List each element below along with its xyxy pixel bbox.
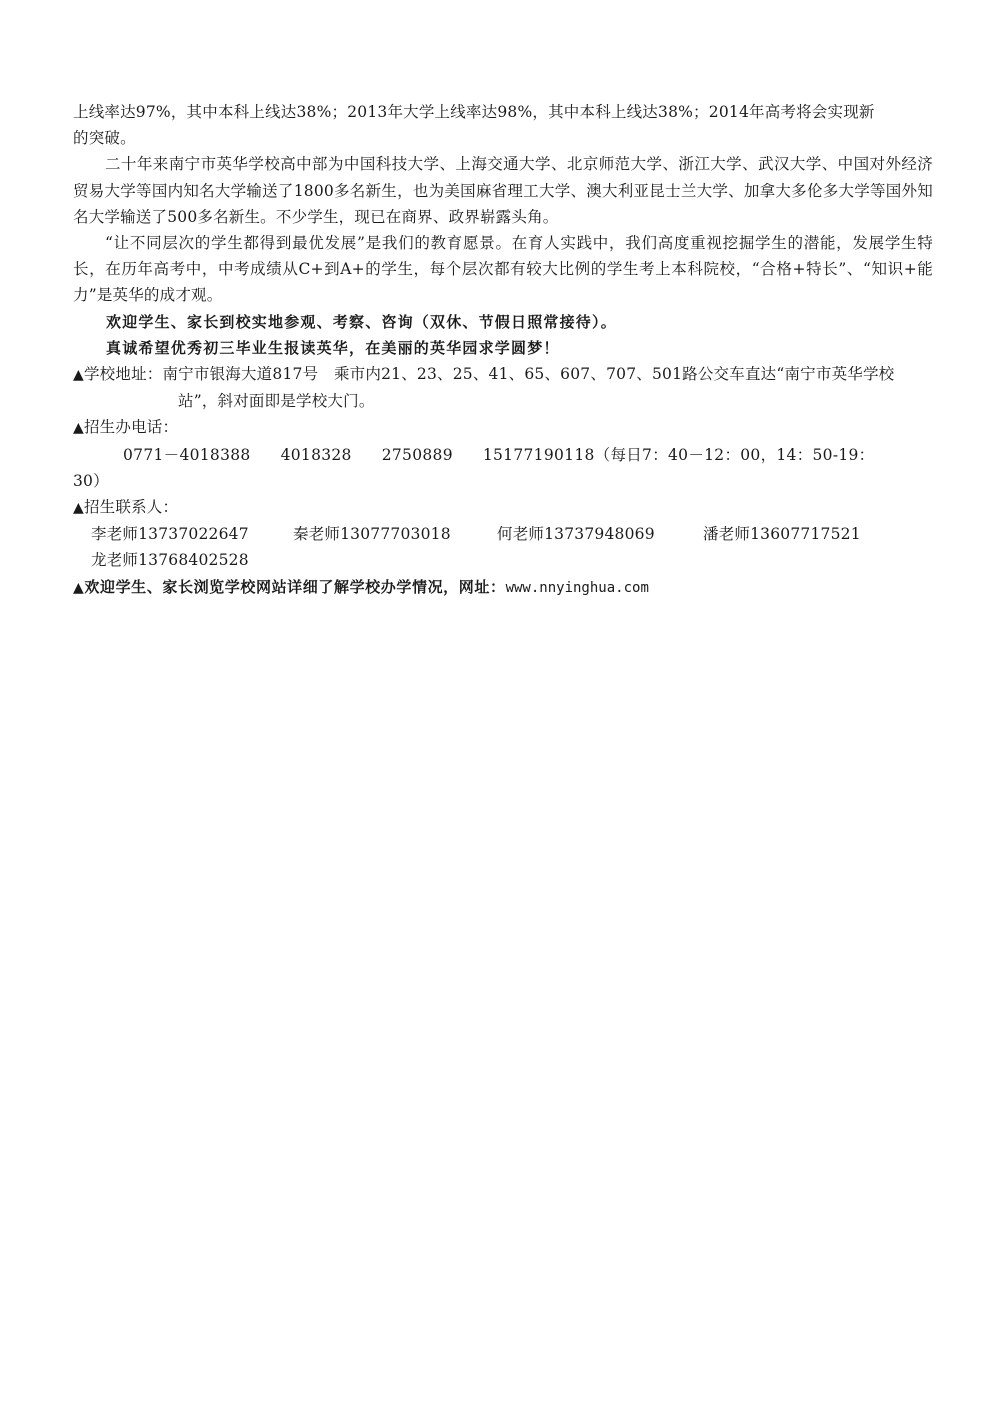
contact-name: 李老师	[91, 525, 138, 543]
paragraph-universities: 二十年来南宁市英华学校高中部为中国科技大学、上海交通大学、北京师范大学、浙江大学…	[73, 151, 933, 230]
paragraph-vision: “让不同层次的学生都得到最优发展”是我们的教育愿景。在育人实践中，我们高度重视挖…	[73, 230, 933, 309]
welcome-enroll-text: 真诚希望优秀初三毕业生报读英华，在美丽的英华园求学圆梦！	[73, 335, 933, 361]
triangle-bullet-icon: ▲	[73, 495, 84, 521]
phone-number: 0771－4018388	[123, 442, 251, 468]
phone-section: ▲招生办电话：	[73, 414, 933, 441]
contacts-row-1: 李老师13737022647秦老师13077703018何老师137379480…	[73, 521, 933, 547]
phone-label: 招生办电话：	[84, 418, 178, 436]
intro-line-1: 上线率达97%，其中本科上线达38%；2013年大学上线率达98%，其中本科上线…	[73, 99, 933, 125]
contact-name: 何老师	[497, 525, 544, 543]
address-section: ▲学校地址：南宁市银海大道817号 乘市内21、23、25、41、65、607、…	[73, 361, 933, 388]
contact-phone: 13768402528	[138, 551, 249, 569]
contact-phone: 13737022647	[138, 525, 249, 543]
address-line-1: 南宁市银海大道817号 乘市内21、23、25、41、65、607、707、50…	[162, 365, 894, 383]
contact-person: 龙老师13768402528	[91, 547, 249, 573]
contact-phone: 13607717521	[750, 525, 861, 543]
triangle-bullet-icon: ▲	[73, 575, 84, 601]
address-label: 学校地址：	[84, 365, 163, 383]
document-page: 上线率达97%，其中本科上线达38%；2013年大学上线率达98%，其中本科上线…	[73, 99, 933, 601]
contact-phone: 13737948069	[544, 525, 655, 543]
phone-number: 2750889	[382, 442, 453, 468]
website-section: ▲欢迎学生、家长浏览学校网站详细了解学校办学情况，网址：www.nnyinghu…	[73, 574, 933, 601]
contact-name: 龙老师	[91, 551, 138, 569]
contacts-row-2: 龙老师13768402528	[73, 547, 933, 573]
triangle-bullet-icon: ▲	[73, 415, 84, 441]
welcome-visit-text: 欢迎学生、家长到校实地参观、考察、咨询（双休、节假日照常接待）。	[73, 309, 933, 335]
contacts-label: 招生联系人：	[84, 498, 178, 516]
contact-person: 李老师13737022647	[91, 521, 293, 547]
triangle-bullet-icon: ▲	[73, 362, 84, 388]
contact-phone: 13077703018	[340, 525, 451, 543]
contact-person: 秦老师13077703018	[293, 521, 497, 547]
contact-name: 秦老师	[293, 525, 340, 543]
phone-number: 4018328	[281, 442, 352, 468]
contact-person: 潘老师13607717521	[703, 521, 861, 547]
website-url[interactable]: www.nnyinghua.com	[506, 580, 649, 596]
contacts-section: ▲招生联系人：	[73, 494, 933, 521]
website-text: 欢迎学生、家长浏览学校网站详细了解学校办学情况，网址：	[84, 578, 505, 596]
contact-name: 潘老师	[703, 525, 750, 543]
address-line-2: 站”，斜对面即是学校大门。	[73, 388, 933, 414]
contact-person: 何老师13737948069	[497, 521, 703, 547]
phone-number: 15177190118	[483, 442, 595, 468]
office-hours: （每日7：40－12：00，14：50-19：	[595, 442, 875, 468]
intro-line-2: 的突破。	[73, 125, 933, 151]
office-hours-end: 30）	[73, 468, 933, 494]
phone-numbers-row: 0771－40183884018328275088915177190118（每日…	[73, 442, 933, 468]
